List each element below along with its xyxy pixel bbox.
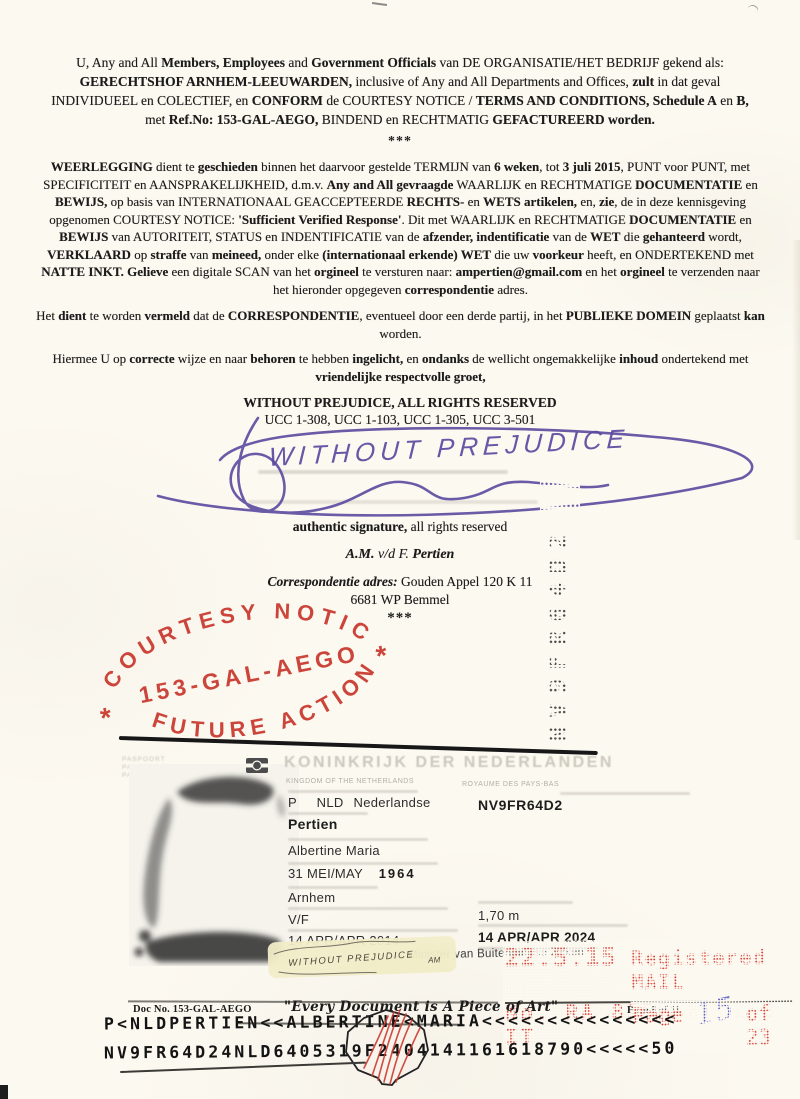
field-label — [478, 924, 628, 927]
scan-speck — [745, 3, 760, 18]
passport-birth-place: Arnhem — [288, 890, 335, 905]
intro-paragraph: U, Any and All Members, Employees and Go… — [40, 53, 760, 129]
passport-nationality: Nederlandse — [354, 795, 431, 810]
passport-height: 1,70 m — [478, 908, 520, 923]
authentic-signature-line: authentic signature, all rights reserved — [40, 519, 760, 535]
passport-birth-date-row: 31 MEI/MAY 1964 — [288, 866, 416, 881]
passport-kingdom-fr: ROYAUME DES PAYS-BAS — [462, 781, 559, 788]
scanned-courtesy-notice-page: U, Any and All Members, Employees and Go… — [0, 0, 800, 1099]
separator-stars: *** — [40, 134, 760, 150]
passport-type-row: P NLD Nederlandse — [288, 795, 431, 810]
stamp-date: 22.5.15 — [505, 942, 618, 972]
faint-paspoort: PASPOORT — [122, 756, 170, 764]
without-prejudice-line: WITHOUT PREJUDICE, ALL RIGHTS RESERVED — [40, 395, 760, 411]
passport-birth-year: 1964 — [379, 866, 416, 881]
stamp-asterisk-left: * — [98, 701, 114, 733]
passport-surname: Pertien — [288, 816, 338, 832]
field-label — [288, 790, 418, 793]
passport-photo — [129, 764, 299, 966]
handwritten-note-patch: WITHOUT PREJUDICE AM — [265, 934, 462, 981]
correspondentie-paragraph: Het dient te worden vermeld dat de CORRE… — [33, 307, 768, 342]
field-label — [288, 886, 378, 889]
field-label — [560, 792, 690, 795]
signatory-name: A.M. v/d F. Pertien — [40, 547, 760, 563]
epassport-chip-icon — [246, 758, 268, 773]
ink-signature: WITHOUT PREJUDICE — [140, 416, 780, 534]
hand-drawn-seal — [334, 1006, 444, 1088]
passport-given-names: Albertine Maria — [288, 843, 380, 858]
passport-kingdom-title: KONINKRIJK DER NEDERLANDEN — [284, 754, 614, 772]
passport-birth-date: 31 MEI/MAY — [288, 866, 363, 881]
perforation-text: NV9FR64D2 — [543, 526, 572, 742]
courtesy-notice-stamp: COURTESY NOTICE 153-GAL-AEGO FUTURE ACTI… — [78, 583, 408, 748]
signature-sweep-lower — [158, 478, 742, 515]
scan-stray-line — [120, 1062, 366, 1073]
scan-speck — [372, 2, 387, 6]
passport-number: NV9FR64D2 — [478, 797, 563, 813]
field-label — [288, 812, 368, 815]
scan-corner-mark — [0, 1085, 8, 1099]
field-label — [288, 862, 438, 865]
page-stamp-of-total: of 23 — [745, 1001, 800, 1050]
passport-type: P — [288, 795, 297, 810]
field-label — [288, 838, 428, 841]
closing-paragraph: Hiermee U op correcte wijze en naar beho… — [33, 350, 768, 385]
passport-country-code: NLD — [317, 795, 344, 810]
field-label — [288, 929, 458, 932]
handwritten-initials: AM — [427, 955, 441, 964]
perforated-passport-number: NV9FR64D2 — [543, 460, 577, 742]
page-stamp-handwritten-number: 15 — [692, 991, 736, 1033]
field-label — [478, 901, 573, 904]
stamp-registered-mail: Registered MAIL — [631, 945, 800, 994]
scan-edge-shadow — [792, 240, 800, 540]
field-label — [288, 907, 448, 910]
passport-sex: V/F — [288, 912, 309, 927]
passport-kingdom-en: KINGDOM OF THE NETHERLANDS — [286, 778, 414, 785]
weerlegging-paragraph: WEERLEGGING dient te geschieden binnen h… — [33, 158, 768, 298]
